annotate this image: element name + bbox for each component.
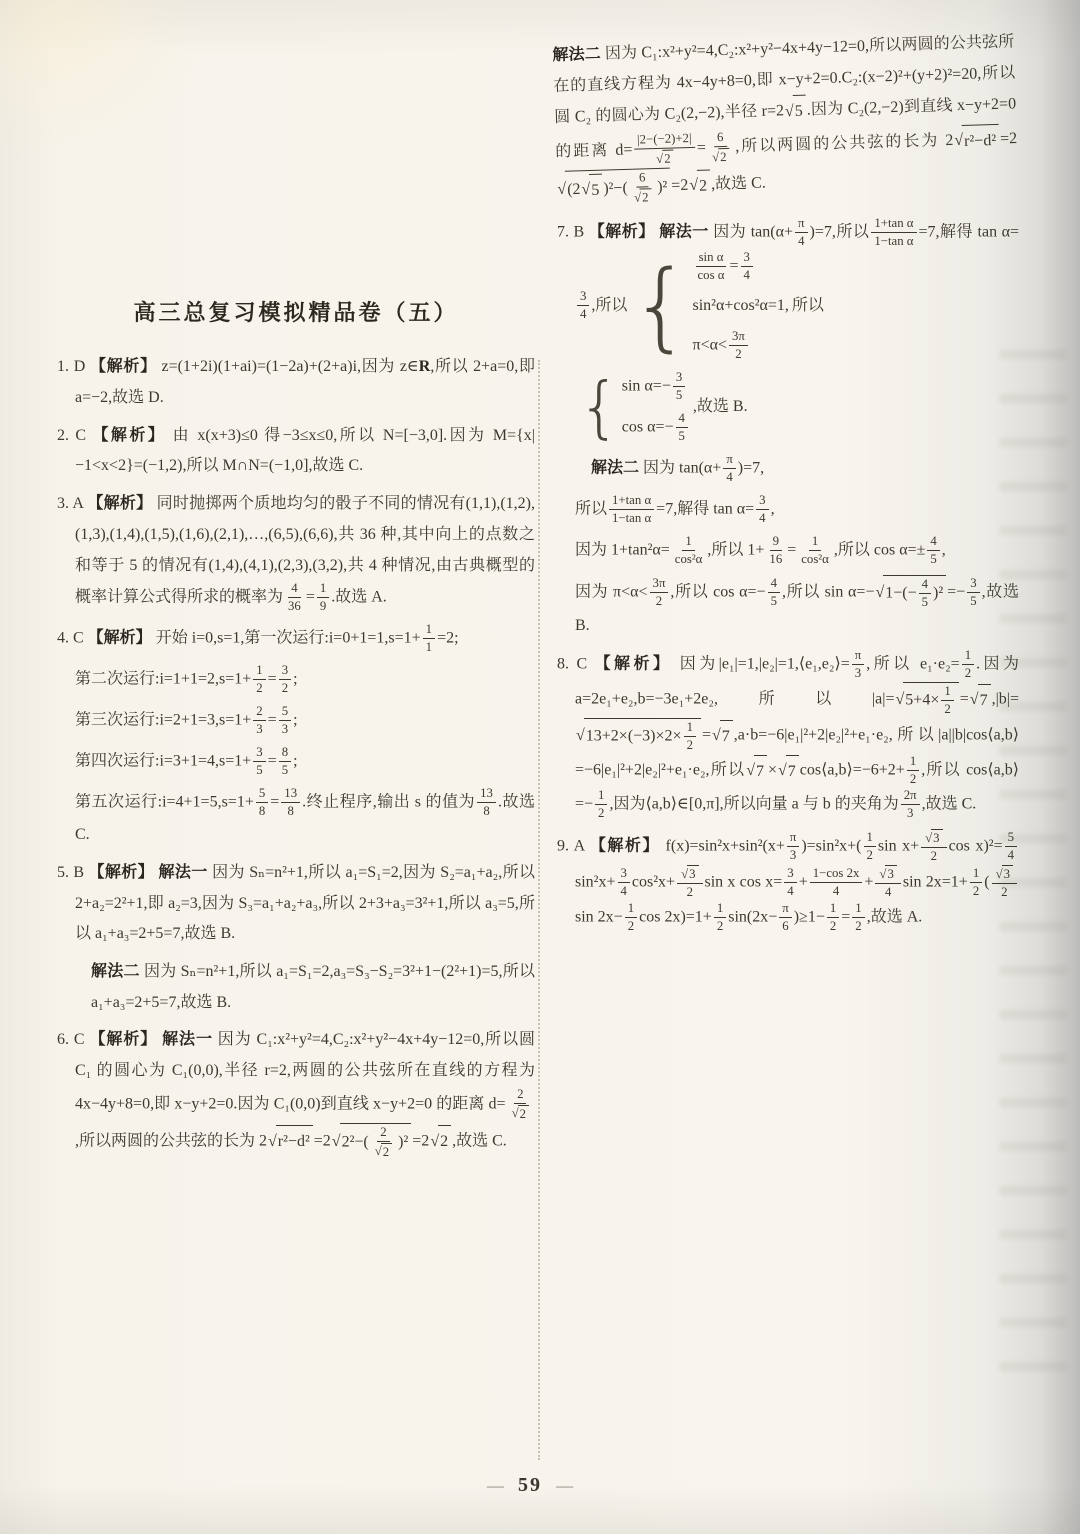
page-title: 高三总复习模拟精品卷（五） bbox=[57, 292, 535, 334]
paragraph: 5. B 【解析】 解法一 因为 Sₙ=n²+1,所以 a₁=S₁=2,因为 S… bbox=[57, 858, 535, 950]
paragraph: 解法二 因为 Sₙ=n²+1,所以 a₁=S₁=2,a₃=S₃−S₂=3²+1−… bbox=[57, 957, 535, 1018]
left-column-paragraphs: 1. D 【解析】 z=(1+2i)(1+ai)=(1−2a)+(2+a)i,因… bbox=[57, 352, 535, 1161]
paragraph: 6. C 【解析】 解法一 因为 C₁:x²+y²=4,C₂:x²+y²−4x+… bbox=[57, 1025, 535, 1160]
left-column: 高三总复习模拟精品卷（五） 1. D 【解析】 z=(1+2i)(1+ai)=(… bbox=[57, 292, 535, 1168]
paragraph: 8. C 【解析】 因为|e₁|=1,|e₂|=1,⟨e₁,e₂⟩=π3,所以 … bbox=[557, 648, 1019, 822]
paragraph: 第五次运行:i=4+1=5,s=1+58=138.终止程序,输出 s 的值为13… bbox=[57, 786, 535, 851]
paragraph: {sin α=−35cos α=−45,故选 B. bbox=[557, 370, 1019, 445]
page-footer: —59— bbox=[0, 1474, 1060, 1497]
paragraph: 解法二 因为 C₁:x²+y²=4,C₂:x²+y²−4x+4y−12=0,所以… bbox=[552, 27, 1019, 209]
right-column: 解法二 因为 C₁:x²+y²=4,C₂:x²+y²−4x+4y−12=0,所以… bbox=[557, 34, 1019, 942]
paragraph: 第二次运行:i=1+1=2,s=1+12=32; bbox=[57, 663, 535, 697]
paragraph: 2. C 【解析】 由 x(x+3)≤0 得−3≤x≤0,所以 N=[−3,0]… bbox=[57, 421, 535, 482]
page-number: 59 bbox=[518, 1474, 542, 1496]
paragraph: 所以1+tan α1−tan α=7,解得 tan α=34, bbox=[557, 493, 1019, 527]
paragraph: 3. A 【解析】 同时抛掷两个质地均匀的骰子不同的情况有(1,1),(1,2)… bbox=[57, 489, 535, 615]
paragraph: 第三次运行:i=2+1=3,s=1+23=53; bbox=[57, 704, 535, 738]
paragraph: 1. D 【解析】 z=(1+2i)(1+ai)=(1−2a)+(2+a)i,因… bbox=[57, 352, 535, 413]
paragraph: 9. A 【解析】 f(x)=sin²x+sin²(x+π3)=sin²x+(1… bbox=[557, 829, 1019, 935]
paragraph: 解法二 因为 tan(α+π4)=7, bbox=[557, 452, 1019, 486]
paragraph: 7. B 【解析】 解法一 因为 tan(α+π4)=7,所以1+tan α1−… bbox=[557, 216, 1019, 363]
footer-dash-right: — bbox=[556, 1476, 573, 1495]
scanned-page: 高三总复习模拟精品卷（五） 1. D 【解析】 z=(1+2i)(1+ai)=(… bbox=[0, 0, 1080, 1534]
paragraph: 因为 π<α<3π2,所以 cos α=−45,所以 sin α=−√1−(−4… bbox=[557, 575, 1019, 642]
paragraph: 4. C 【解析】 开始 i=0,s=1,第一次运行:i=0+1=1,s=1+1… bbox=[57, 622, 535, 656]
column-divider bbox=[538, 360, 540, 1460]
paragraph: 因为 1+tan²α=1cos²α,所以 1+916=1cos²α,所以 cos… bbox=[557, 534, 1019, 568]
footer-dash-left: — bbox=[487, 1476, 504, 1495]
paragraph: 第四次运行:i=3+1=4,s=1+35=85; bbox=[57, 745, 535, 779]
